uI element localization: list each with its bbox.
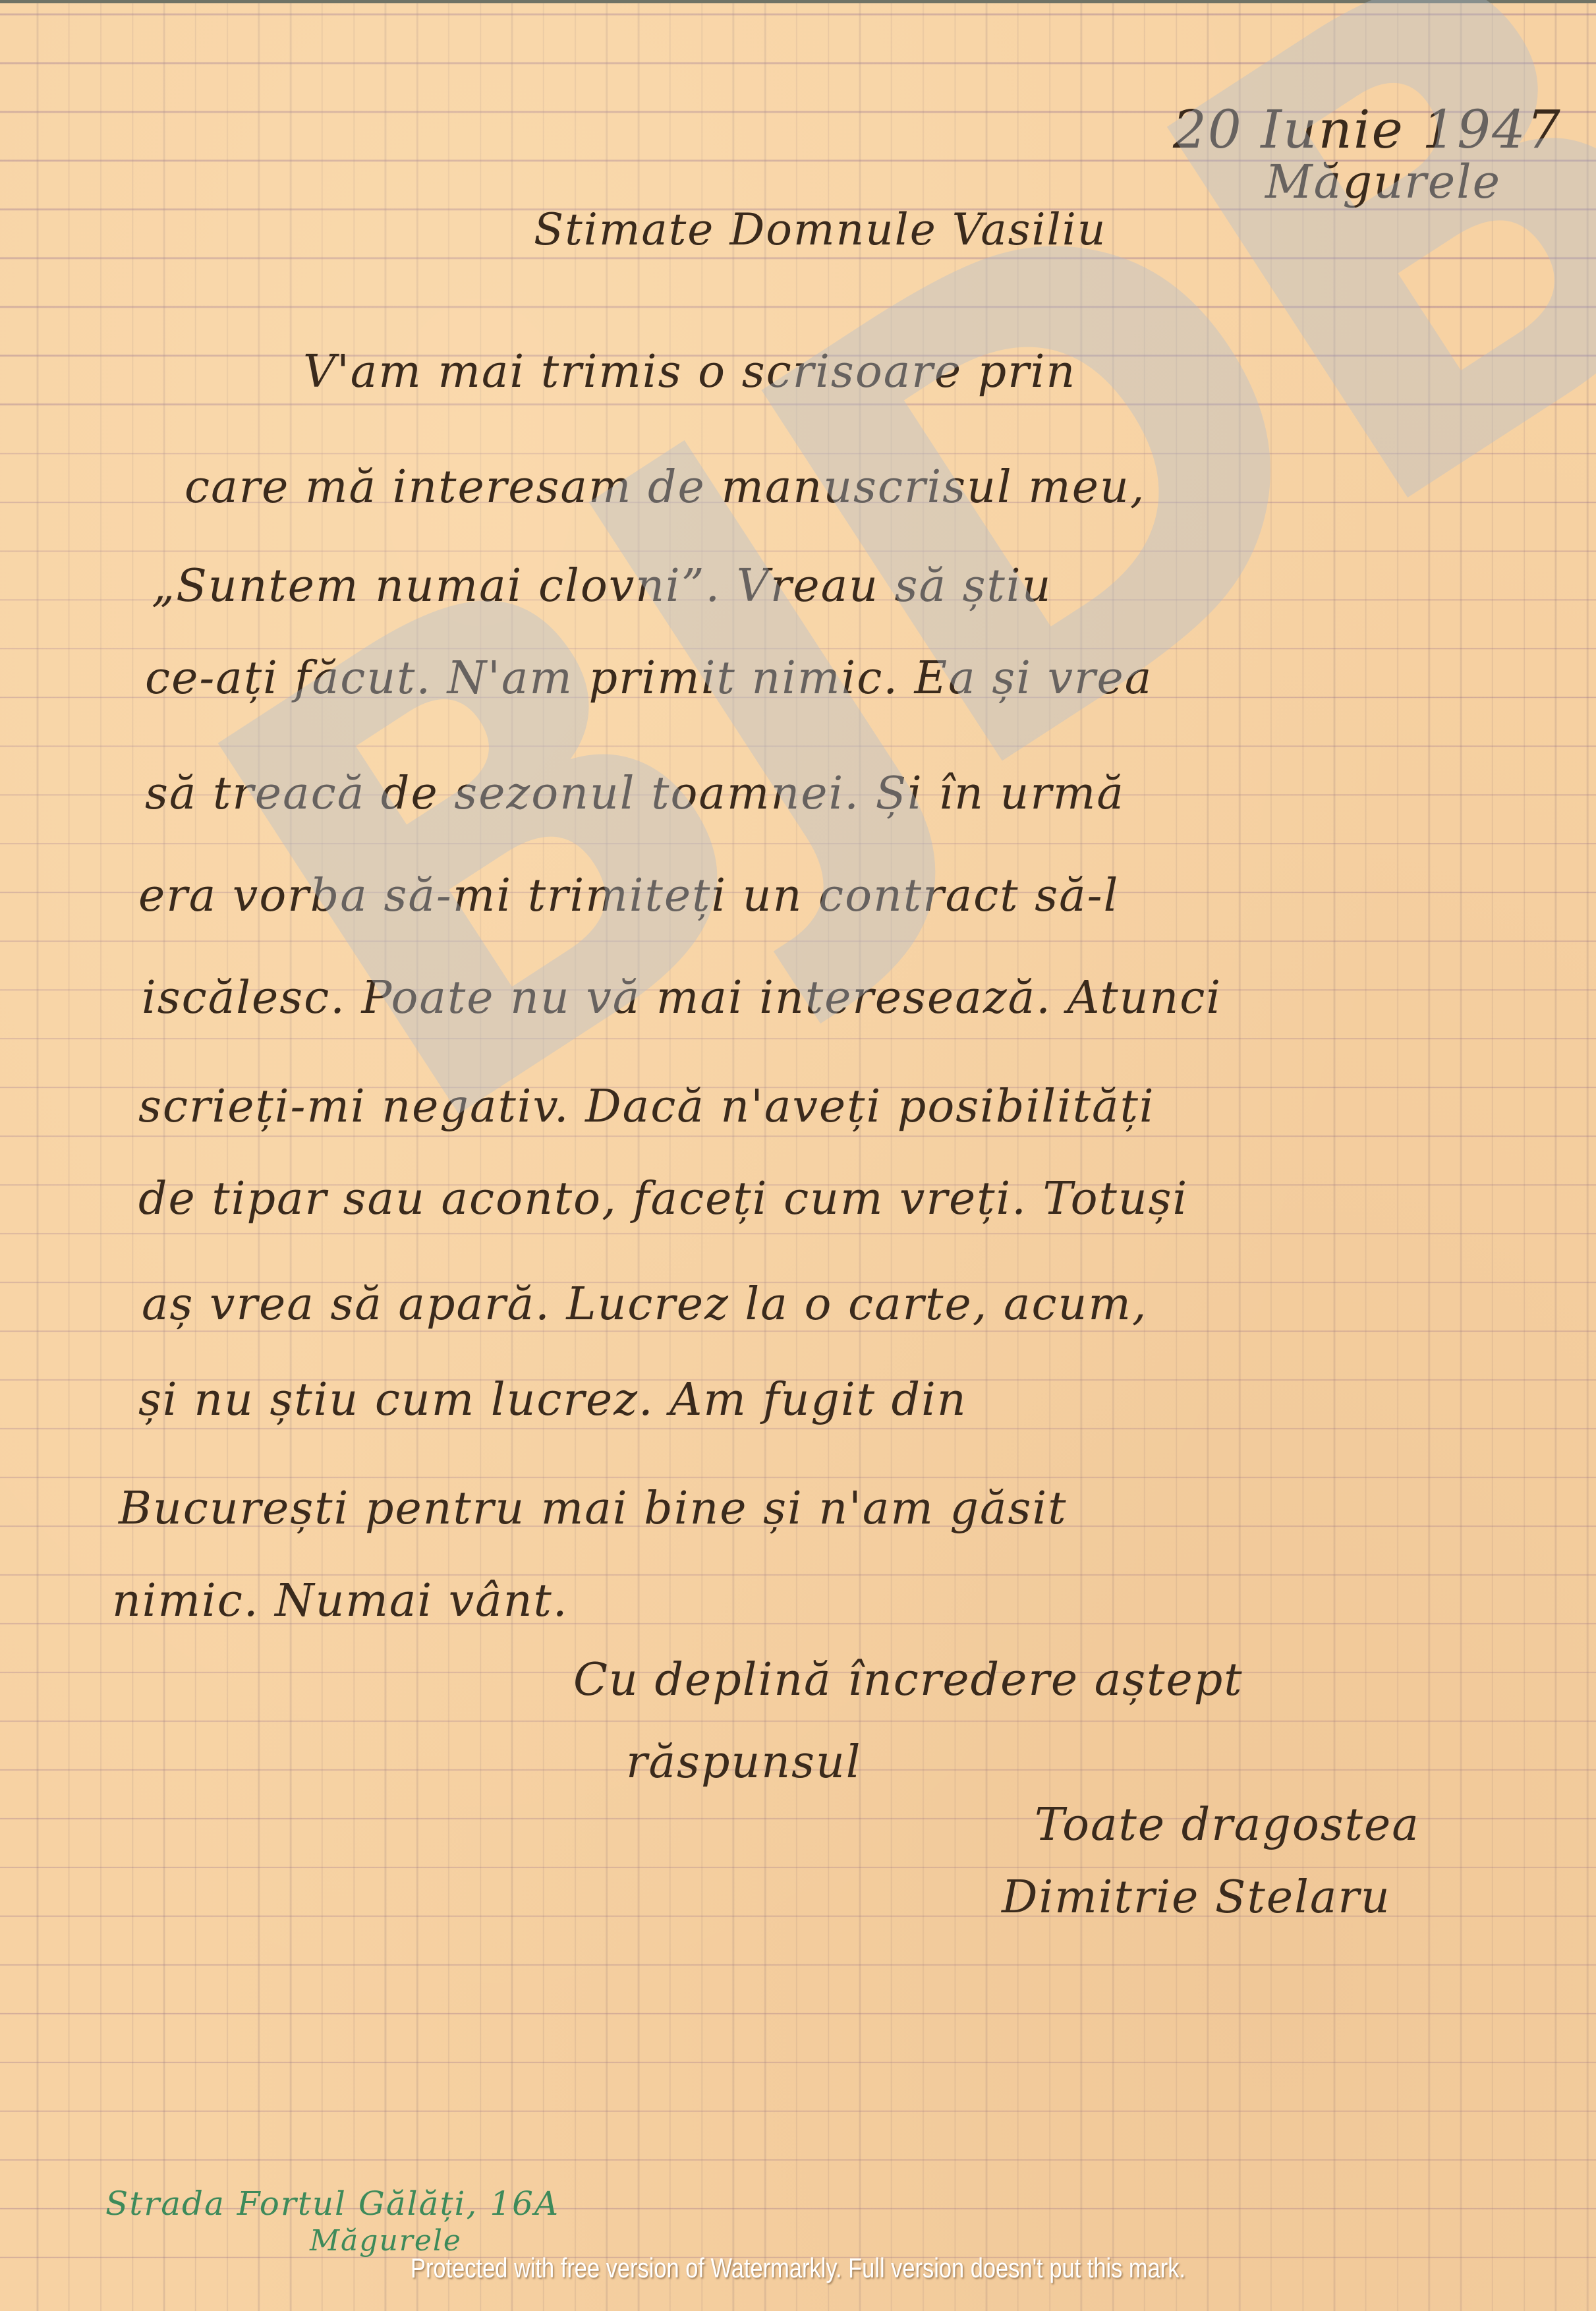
letter-date: 20 Iunie 1947 bbox=[1173, 99, 1562, 160]
body-line-10: aș vrea să apară. Lucrez la o carte, acu… bbox=[142, 1278, 1147, 1330]
salutation: Stimate Domnule Vasiliu bbox=[534, 204, 1106, 255]
body-line-1: V'am mai trimis o scrisoare prin bbox=[303, 346, 1076, 398]
regards: Toate dragostea bbox=[1035, 1799, 1420, 1851]
body-line-7: iscălesc. Poate nu vă mai interesează. A… bbox=[142, 972, 1222, 1024]
letter-page: 20 Iunie 1947 Măgurele Stimate Domnule V… bbox=[0, 0, 1596, 2311]
closing-line-2: răspunsul bbox=[626, 1736, 862, 1788]
body-line-5: să treacă de sezonul toamnei. Și în urmă bbox=[145, 768, 1125, 820]
body-line-12: București pentru mai bine și n'am găsit bbox=[119, 1483, 1068, 1535]
letter-place: Măgurele bbox=[1265, 155, 1501, 209]
body-line-4: ce-ați făcut. N'am primit nimic. Ea și v… bbox=[145, 652, 1153, 704]
scan-top-edge bbox=[0, 0, 1596, 3]
body-line-3: „Suntem numai clovni”. Vreau să știu bbox=[152, 560, 1052, 612]
body-line-11: și nu știu cum lucrez. Am fugit din bbox=[138, 1374, 967, 1426]
body-line-8: scrieți-mi negativ. Dacă n'aveți posibil… bbox=[138, 1081, 1155, 1133]
body-line-6: era vorba să-mi trimiteți un contract să… bbox=[138, 870, 1119, 922]
watermarkly-footer: Protected with free version of Watermark… bbox=[144, 2252, 1452, 2284]
body-line-13: nimic. Numai vânt. bbox=[112, 1575, 568, 1627]
signature: Dimitrie Stelaru bbox=[1002, 1871, 1391, 1924]
address-note-line-1: Strada Fortul Gălăți, 16A bbox=[105, 2184, 559, 2223]
closing-line-1: Cu deplină încredere aștept bbox=[573, 1654, 1243, 1706]
body-line-2: care mă interesam de manuscrisul meu, bbox=[185, 461, 1145, 513]
body-line-9: de tipar sau aconto, faceți cum vreți. T… bbox=[138, 1173, 1188, 1225]
